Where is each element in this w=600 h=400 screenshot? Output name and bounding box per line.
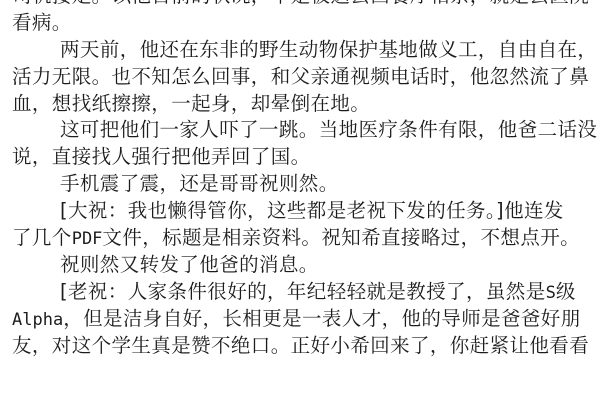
- text-line: 活力无限。也不知怎么回事，和父亲通视频电话时，他忽然流了鼻: [12, 64, 592, 91]
- text-line: Alpha，但是洁身自好，长相更是一表人才，他的导师是爸爸好朋: [12, 306, 592, 333]
- text-line: 这可把他们一家人吓了一跳。当地医疗条件有限，他爸二话没: [12, 117, 592, 144]
- latin-term: S: [546, 283, 556, 303]
- latin-term: PDF: [72, 229, 103, 249]
- latin-term: Alpha: [12, 310, 63, 330]
- document-page: 司机接走。以他目前的状况，不是被送去西餐厅相亲，就是去医院 看病。 两天前，他还…: [12, 0, 592, 359]
- text-line: 司机接走。以他目前的状况，不是被送去西餐厅相亲，就是去医院: [12, 0, 592, 10]
- text-line: 看病。: [12, 10, 592, 37]
- text-line: 两天前，他还在东非的野生动物保护基地做义工，自由自在，: [12, 37, 592, 64]
- text-line: 了几个PDF文件，标题是相亲资料。祝知希直接略过，不想点开。: [12, 225, 592, 252]
- text-segment: 文件，标题是相亲资料。祝知希直接略过，不想点开。: [102, 226, 580, 249]
- text-segment: 级: [556, 280, 576, 303]
- text-line: 祝则然又转发了他爸的消息。: [12, 252, 592, 279]
- text-segment: [老祝：人家条件很好的，年纪轻轻就是教授了，虽然是: [60, 280, 546, 303]
- text-line: [大祝：我也懒得管你，这些都是老祝下发的任务。]他连发: [12, 198, 592, 225]
- text-line: [老祝：人家条件很好的，年纪轻轻就是教授了，虽然是S级: [12, 279, 592, 306]
- text-line: 血，想找纸擦擦，一起身，却晕倒在地。: [12, 91, 592, 118]
- text-segment: ，但是洁身自好，长相更是一表人才，他的导师是爸爸好朋: [63, 307, 580, 330]
- text-line: 手机震了震，还是哥哥祝则然。: [12, 171, 592, 198]
- text-segment: 了几个: [12, 226, 72, 249]
- text-line: 说，直接找人强行把他弄回了国。: [12, 144, 592, 171]
- text-line: 友，对这个学生真是赞不绝口。正好小希回来了，你赶紧让他看看: [12, 333, 592, 360]
